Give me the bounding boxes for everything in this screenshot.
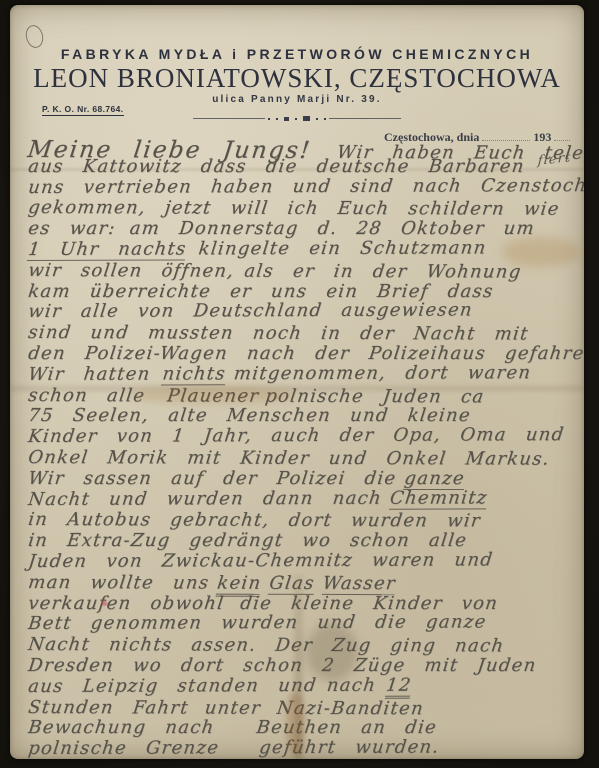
stain-fold-bottom	[286, 693, 304, 755]
handwritten-line: den Polizei-Wagen nach der Polizeihaus g…	[27, 343, 584, 364]
letterhead-company-line: FABRYKA MYDŁA i PRZETWORÓW CHEMICZNYCH	[10, 46, 584, 62]
handwritten-line: wir sollen öffnen,als er in der Wohnung	[27, 260, 584, 283]
stain-middle-left	[128, 387, 298, 403]
handwritten-line: Stunden FahrtunterNazi-Banditen	[27, 697, 584, 720]
handwritten-line: Wir hattennichtsmitgenommen, dort waren	[27, 362, 584, 385]
handwritten-line: Bett genommen wurden und die ganze	[27, 611, 584, 634]
divider-ornament	[10, 116, 584, 121]
handwritten-line: Juden von Zwickau-Chemnitz waren und	[27, 549, 584, 572]
stain-red-dot	[102, 601, 107, 606]
handwritten-line: 1 Uhr nachtsklingelte ein Schutzmann	[27, 237, 584, 260]
handwritten-line: polnische Grenzegeführt wurden.	[27, 736, 584, 759]
handwritten-line: verkaufen obwohldie kleine Kinder von	[27, 593, 584, 614]
letterhead-owner-line: LEON BRONIATOWSKI, CZĘSTOCHOWA	[10, 63, 584, 94]
letterhead-account-line: P. K. O. Nr. 68.764.	[42, 104, 124, 116]
handwritten-line: aus Kattowitz dass die deutsche Barbaren	[27, 156, 584, 177]
handwritten-line: Onkel Morik mit Kinder und Onkel Markus.	[27, 447, 584, 470]
handwriting-lines: Meine liebe Jungs!Wir haben Euch telegra…	[27, 135, 583, 759]
handwritten-line: gekommen, jetzt will ich Euch schildern …	[27, 197, 584, 220]
handwritten-line: uns vertrieben haben und sind nach Czens…	[27, 175, 584, 198]
letter-paper: FABRYKA MYDŁA i PRZETWORÓW CHEMICZNYCH L…	[10, 5, 584, 759]
stain-lower-center	[306, 623, 358, 681]
handwritten-line: sind und mussten noch in der Nacht mit	[27, 322, 584, 345]
handwritten-line: Bewachung nachBeuthen an die	[27, 717, 584, 738]
horizontal-fold-crease	[10, 386, 584, 391]
handwritten-line: kam überreichte er uns ein Brief dass	[27, 281, 584, 302]
handwritten-line: 75 Seelen, alte Menschen und kleine	[27, 405, 584, 426]
stain-right	[502, 237, 580, 267]
handwritten-line: Dresden wo dort schon 2 Züge mit Juden	[27, 655, 584, 676]
handwritten-line: Nacht und wurden dann nachChemnitz	[27, 487, 584, 510]
handwritten-line: in Extra-Zug gedrängt wo schon alle	[27, 530, 584, 551]
handwritten-line: in Autobus gebracht, dort wurden wir	[27, 509, 584, 532]
handwritten-line: aus Leipzig standen undnach12	[27, 674, 584, 697]
handwritten-line: man wollte unskeinGlasWasser	[27, 572, 584, 595]
handwritten-line: Meine liebe Jungs!Wir haben Euch telegra…	[27, 135, 584, 158]
horizontal-crease-top	[10, 168, 584, 171]
handwritten-line: Kinder von 1 Jahr, auch der Opa, Oma und	[27, 424, 584, 447]
handwritten-line: wir alle von Deutschland ausgewiesen	[27, 299, 584, 322]
handwritten-line: es war:am Donnerstag d. 28 Oktober um	[27, 218, 584, 239]
handwritten-line: Wir sassen auf der Polizei dieganze	[27, 468, 584, 489]
